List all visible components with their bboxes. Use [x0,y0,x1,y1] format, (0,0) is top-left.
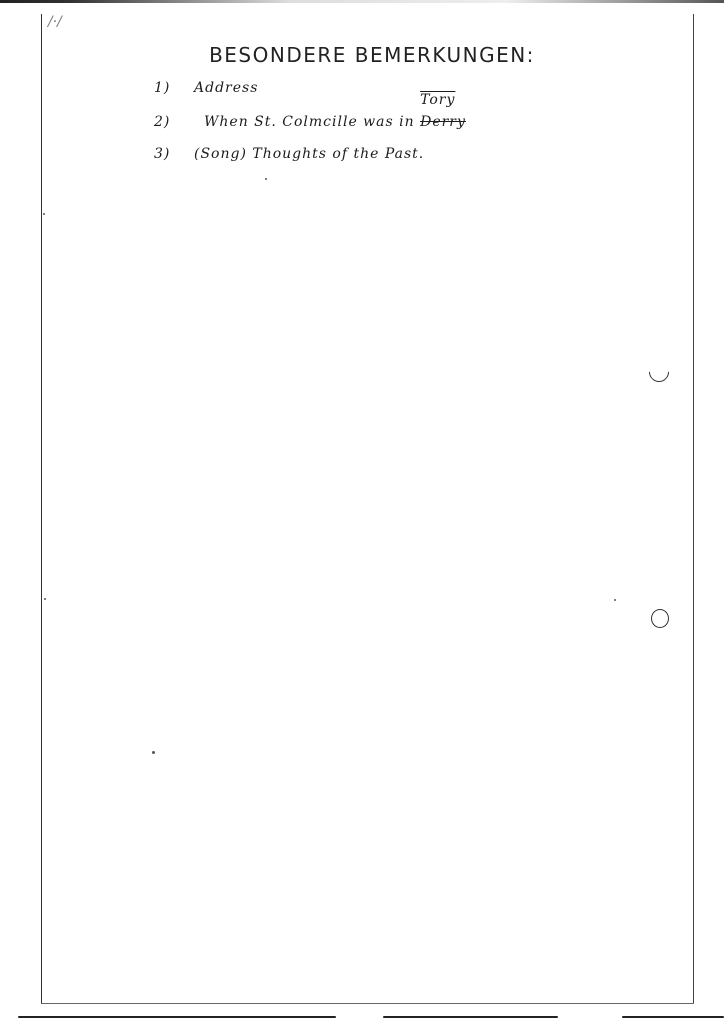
note-item: 1)Address [154,80,258,96]
frame-left-border [41,14,42,1004]
scan-top-edge [0,0,724,3]
struck-word: Derry [420,114,466,130]
page-heading: BESONDERE BEMERKUNGEN: [0,43,724,67]
heading-text: BESONDERE BEMERKUNGEN: [209,43,535,67]
corrected-word: Tory Derry [420,114,466,130]
scan-speck [44,598,46,600]
note-number: 2) [154,114,194,130]
frame-bottom-border [41,1003,694,1004]
scan-speck [43,213,45,215]
note-text: (Song) Thoughts of the Past. [194,146,424,162]
scan-bottom-edge [622,1016,724,1018]
scan-bottom-edge [383,1016,558,1018]
note-number: 3) [154,146,194,162]
scan-speck [614,599,616,601]
note-item: 3)(Song) Thoughts of the Past. [154,146,424,162]
note-number: 1) [154,80,194,96]
scan-speck [152,751,155,754]
note-text: When St. Colmcille was in [204,114,415,130]
note-text: Address [194,80,258,96]
note-item: 2)When St. Colmcille was in Tory Derry [154,114,466,130]
correction-text: Tory [420,92,455,108]
punch-hole-mark [651,609,669,628]
frame-right-border [693,14,694,1004]
corner-mark: /·/ [48,14,62,30]
punch-hole-mark [645,358,673,386]
scan-speck [265,178,267,180]
scan-bottom-edge [18,1016,336,1018]
